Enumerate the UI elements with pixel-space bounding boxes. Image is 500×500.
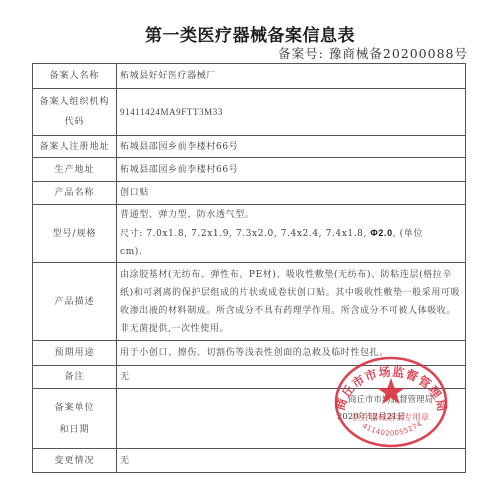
row-label: 型号/规格 bbox=[33, 205, 117, 263]
record-number: 备案号: 豫商械备20200088号 bbox=[278, 44, 468, 62]
record-number-value: 豫商械备20200088号 bbox=[329, 46, 468, 61]
row-value: 由涂胶基材(无纺布、弹性布、PE材)、吸收性敷垫(无纺布)、防粘连层(格拉辛纸)… bbox=[117, 263, 466, 341]
spec-sizes: 尺寸: 7.0x1.8, 7.2x1.9, 7.3x2.0, 7.4x2.4, … bbox=[120, 224, 462, 243]
table-row-remarks: 备注 无 bbox=[33, 366, 466, 389]
row-value: 普通型、弹力型、防水透气型。 尺寸: 7.0x1.8, 7.2x1.9, 7.3… bbox=[117, 205, 466, 263]
row-value: 创口贴 bbox=[117, 182, 466, 205]
row-label: 生产地址 bbox=[33, 158, 117, 182]
spec-unit: cm). bbox=[120, 243, 462, 261]
spec-diameter: Φ2.0 bbox=[370, 228, 392, 238]
table-row-product-description: 产品描述 由涂胶基材(无纺布、弹性布、PE材)、吸收性敷垫(无纺布)、防粘连层(… bbox=[33, 263, 466, 341]
row-value: 柘城县邵园乡前李楼村66号 bbox=[117, 158, 466, 182]
document-title: 第一类医疗器械备案信息表 bbox=[0, 21, 500, 46]
row-label: 变更情况 bbox=[33, 449, 117, 473]
row-label: 备注 bbox=[33, 366, 117, 389]
row-label: 备案人注册地址 bbox=[33, 136, 117, 158]
row-label: 预期用途 bbox=[33, 341, 117, 366]
spec-types: 普通型、弹力型、防水透气型。 bbox=[120, 206, 462, 224]
row-value: 91411424MA9FTT3M33 bbox=[117, 89, 466, 136]
filing-date-text: 2020年12月21日 bbox=[337, 410, 406, 422]
row-value: 无 bbox=[117, 449, 466, 473]
table-row-product-name: 产品名称 创口贴 bbox=[33, 182, 466, 205]
table-row-change-status: 变更情况 无 bbox=[33, 449, 466, 473]
record-number-label: 备案号: bbox=[278, 46, 324, 61]
row-label: 备案单位 和日期 bbox=[33, 389, 117, 449]
table-row-model-spec: 型号/规格 普通型、弹力型、防水透气型。 尺寸: 7.0x1.8, 7.2x1.… bbox=[33, 205, 466, 263]
row-label: 备案人名称 bbox=[33, 64, 117, 89]
row-value: 无 bbox=[117, 366, 466, 389]
row-value: 用于小创口、擦伤、切割伤等浅表性创面的急救及临时性包扎。 bbox=[117, 341, 466, 366]
row-value: 柘城县好好医疗器械厂 bbox=[117, 64, 466, 89]
filing-unit-text: 商丘市市场监督管理局 bbox=[348, 393, 433, 405]
row-value: 柘城县邵园乡前李楼村66号 bbox=[117, 136, 466, 158]
table-row-registered-address: 备案人注册地址 柘城县邵园乡前李楼村66号 bbox=[33, 136, 466, 158]
row-label: 产品名称 bbox=[33, 182, 117, 205]
table-row-production-address: 生产地址 柘城县邵园乡前李楼村66号 bbox=[33, 158, 466, 182]
table-row-filer-name: 备案人名称 柘城县好好医疗器械厂 bbox=[33, 64, 466, 89]
table-row-org-code: 备案人组织机构代码 91411424MA9FTT3M33 bbox=[33, 89, 466, 136]
row-label: 产品描述 bbox=[33, 263, 117, 341]
table-row-intended-use: 预期用途 用于小创口、擦伤、切割伤等浅表性创面的急救及临时性包扎。 bbox=[33, 341, 466, 366]
row-label: 备案人组织机构代码 bbox=[33, 89, 117, 136]
